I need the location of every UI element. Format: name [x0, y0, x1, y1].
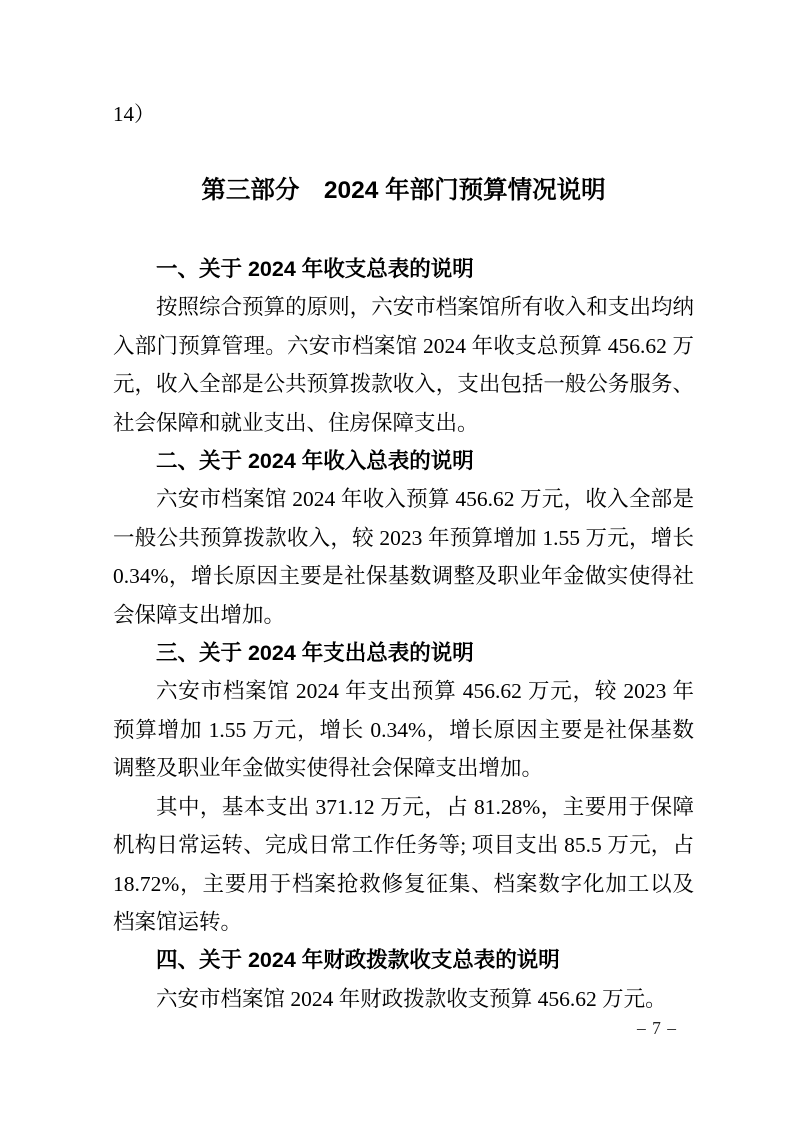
paragraph-income-summary: 六安市档案馆 2024 年收入预算 456.62 万元，收入全部是一般公共预算拨…: [113, 480, 694, 634]
section-heading-expense-summary: 三、关于 2024 年支出总表的说明: [113, 634, 694, 672]
page-number: – 7 –: [637, 1017, 677, 1039]
paragraph-expense-summary: 六安市档案馆 2024 年支出预算 456.62 万元，较 2023 年预算增加…: [113, 672, 694, 787]
document-body: 一、关于 2024 年收支总表的说明 按照综合预算的原则，六安市档案馆所有收入和…: [113, 250, 694, 1018]
document-page: 14） 第三部分 2024 年部门预算情况说明 一、关于 2024 年收支总表的…: [0, 0, 793, 1122]
paragraph-income-expense-summary: 按照综合预算的原则，六安市档案馆所有收入和支出均纳入部门预算管理。六安市档案馆 …: [113, 288, 694, 442]
section-heading-fiscal-appropriation-summary: 四、关于 2024 年财政拨款收支总表的说明: [113, 941, 694, 979]
paragraph-expense-breakdown: 其中，基本支出 371.12 万元，占 81.28%，主要用于保障机构日常运转、…: [113, 788, 694, 942]
section-heading-income-expense-summary: 一、关于 2024 年收支总表的说明: [113, 250, 694, 288]
section-heading-income-summary: 二、关于 2024 年收入总表的说明: [113, 442, 694, 480]
document-title: 第三部分 2024 年部门预算情况说明: [113, 173, 694, 208]
list-item-fragment: 14）: [113, 102, 694, 127]
paragraph-fiscal-appropriation-summary: 六安市档案馆 2024 年财政拨款收支预算 456.62 万元。: [113, 980, 694, 1018]
